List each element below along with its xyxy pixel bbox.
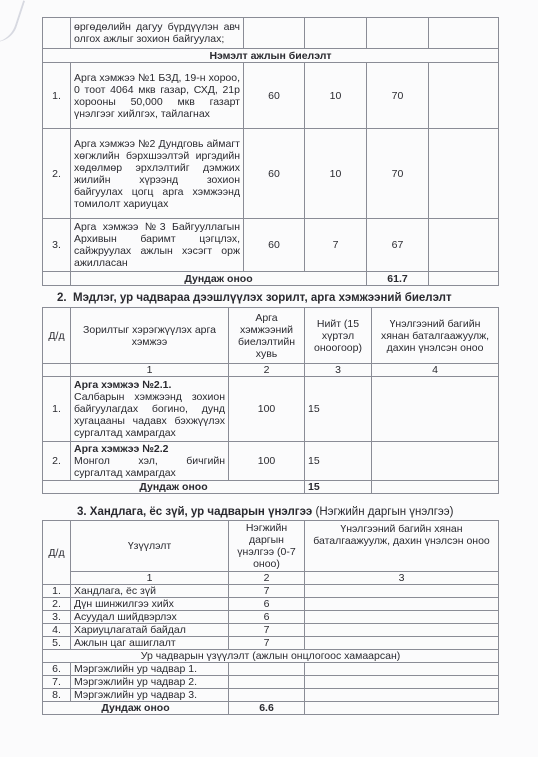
section-2-title: 2. Мэдлэг, ур чадвараа дээшлүүлэх зорилт… — [57, 292, 452, 304]
subsection-header: Ур чадварын үзүүлэлт (ажлын онцлогоос ха… — [43, 650, 499, 663]
table-row: 1. Хандлага, ёс зүй 7 — [43, 585, 499, 598]
table-row: өргөдөлийн дагуу бүрдүүлэн авч олгох ажл… — [43, 18, 499, 49]
additional-work-table: өргөдөлийн дагуу бүрдүүлэн авч олгох ажл… — [42, 17, 499, 286]
table-row: 5. Ажлын цаг ашиглалт 7 — [43, 637, 499, 650]
section-header: Нэмэлт ажлын биелэлт — [43, 49, 499, 63]
table-row: 8. Мэргэжлийн ур чадвар 3. — [43, 689, 499, 702]
table-row: 2. Арга хэмжээ №2.2Монгол хэл, бичгийн с… — [43, 442, 499, 481]
average-row: Дундаж оноо 61.7 — [43, 272, 499, 286]
table-row: 3. Арга хэмжээ №3 Байгууллагын Архивын б… — [43, 219, 499, 272]
header-row: Д/д Зорилтыг хэрэгжүүлэх арга хэмжээ Арг… — [43, 308, 499, 364]
continuation-text: өргөдөлийн дагуу бүрдүүлэн авч олгох ажл… — [71, 18, 244, 49]
table-row: 1. Арга хэмжээ №1 БЗД, 19-н хороо, 0 тоо… — [43, 63, 499, 129]
knowledge-skills-table: Д/д Зорилтыг хэрэгжүүлэх арга хэмжээ Арг… — [42, 307, 499, 494]
average-row: Дундаж оноо 6.6 — [43, 702, 499, 715]
table-row: 6. Мэргэжлийн ур чадвар 1. — [43, 663, 499, 676]
header-row: Д/д Үзүүлэлт Нэгжийн даргын үнэлгээ (0-7… — [43, 521, 499, 572]
table-row: 4. Хариуцлагатай байдал 7 — [43, 624, 499, 637]
table-row: 3. Асуудал шийдвэрлэх 6 — [43, 611, 499, 624]
table-row: 1. Арга хэмжээ №2.1.Салбарын хэмжээнд зо… — [43, 377, 499, 442]
attitude-ethics-table: Д/д Үзүүлэлт Нэгжийн даргын үнэлгээ (0-7… — [42, 520, 499, 715]
table-row: 2. Арга хэмжээ №2 Дундговь аймагт хөгжли… — [43, 129, 499, 219]
table-row: 2. Дүн шинжилгээ хийх 6 — [43, 598, 499, 611]
page-curl-edge — [0, 0, 25, 48]
average-row: Дундаж оноо 15 — [43, 481, 499, 494]
section-3-title: 3. Хандлага, ёс зүй, ур чадварын үнэлгээ… — [77, 506, 453, 518]
table-row: 7. Мэргэжлийн ур чадвар 2. — [43, 676, 499, 689]
